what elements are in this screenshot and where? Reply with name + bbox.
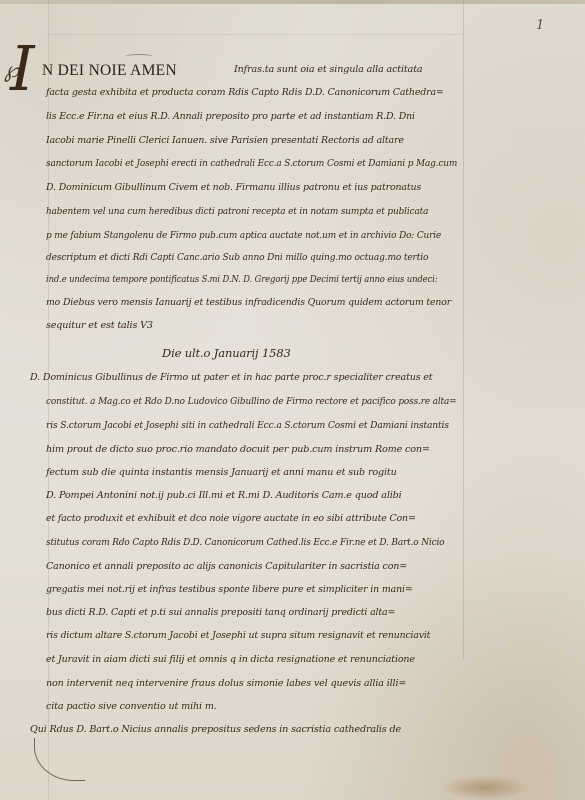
- text-line: stitutus coram Rdo Capto Rdis D.D. Canon…: [46, 537, 444, 548]
- text-line: D. Dominicum Gibullinum Civem et nob. Fi…: [46, 182, 421, 193]
- date-heading: Die ult.o Januarij 1583: [162, 346, 291, 360]
- manuscript-page: 1 ℘ I N DEI NOIE AMEN Infras.ta sunt oia…: [0, 0, 585, 800]
- invocation-heading: N DEI NOIE AMEN: [42, 62, 177, 80]
- text-line: Infras.ta sunt oia et singula alla actit…: [234, 64, 422, 75]
- text-line: lis Ecc.e Fir.na et eius R.D. Annali pre…: [46, 111, 415, 122]
- heading-swash: [125, 54, 153, 59]
- text-line: facta gesta exhibita et producta coram R…: [46, 87, 444, 98]
- text-line: et Juravit in aiam dicti sui filij et om…: [46, 654, 415, 665]
- folio-number: 1: [536, 18, 544, 33]
- text-line: cita pactio sive conventio ut mihi m.: [46, 701, 217, 712]
- text-line: D. Pompei Antonini not.ij pub.ci Ill.mi …: [46, 490, 402, 501]
- closing-line: Qui Rdus D. Bart.o Nicius annalis prepos…: [30, 724, 401, 735]
- text-line: constitut. a Mag.co et Rdo D.no Ludovico…: [46, 396, 457, 407]
- text-line: him prout de dicto suo proc.rio mandato …: [46, 444, 430, 455]
- text-line: gregatis mei not.rij et infras testibus …: [46, 584, 413, 595]
- text-line: fectum sub die quinta instantis mensis J…: [46, 467, 397, 478]
- text-line: Iacobi marie Pinelli Clerici Ianuen. siv…: [46, 135, 404, 146]
- text-line: mo Diebus vero mensis Ianuarij et testib…: [46, 297, 451, 308]
- text-line: ris dictum altare S.ctorum Jacobi et Jos…: [46, 630, 430, 641]
- text-line: descriptum et dicti Rdi Capti Canc.ario …: [46, 252, 428, 263]
- text-line: et facto produxit et exhibuit et dco noi…: [46, 513, 416, 524]
- text-line: sanctorum Iacobi et Josephi erecti in ca…: [46, 158, 457, 169]
- text-line: ris S.ctorum Jacobi et Josephi siti in c…: [46, 420, 449, 431]
- text-line: habentem vel una cum heredibus dicti pat…: [46, 206, 428, 217]
- closing-swash: [34, 738, 85, 781]
- text-line: ind.e undecima tempore pontificatus S.mi…: [46, 274, 437, 285]
- text-line: Canonico et annali preposito ac alijs ca…: [46, 561, 407, 572]
- text-line: sequitur et est talis V3: [46, 320, 153, 331]
- text-line: p me fabium Stangolenu de Firmo pub.cum …: [46, 230, 441, 241]
- right-margin-rule: [463, 0, 464, 660]
- page-top-edge: [0, 0, 585, 4]
- text-line: non intervenit neq intervenire fraus dol…: [46, 678, 406, 689]
- decorated-initial: I: [10, 38, 35, 100]
- text-line: D. Dominicus Gibullinus de Firmo ut pate…: [30, 372, 432, 383]
- top-margin-rule: [48, 34, 463, 35]
- text-line: bus dicti R.D. Capti et p.ti sui annalis…: [46, 607, 395, 618]
- paper-stain: [440, 775, 530, 800]
